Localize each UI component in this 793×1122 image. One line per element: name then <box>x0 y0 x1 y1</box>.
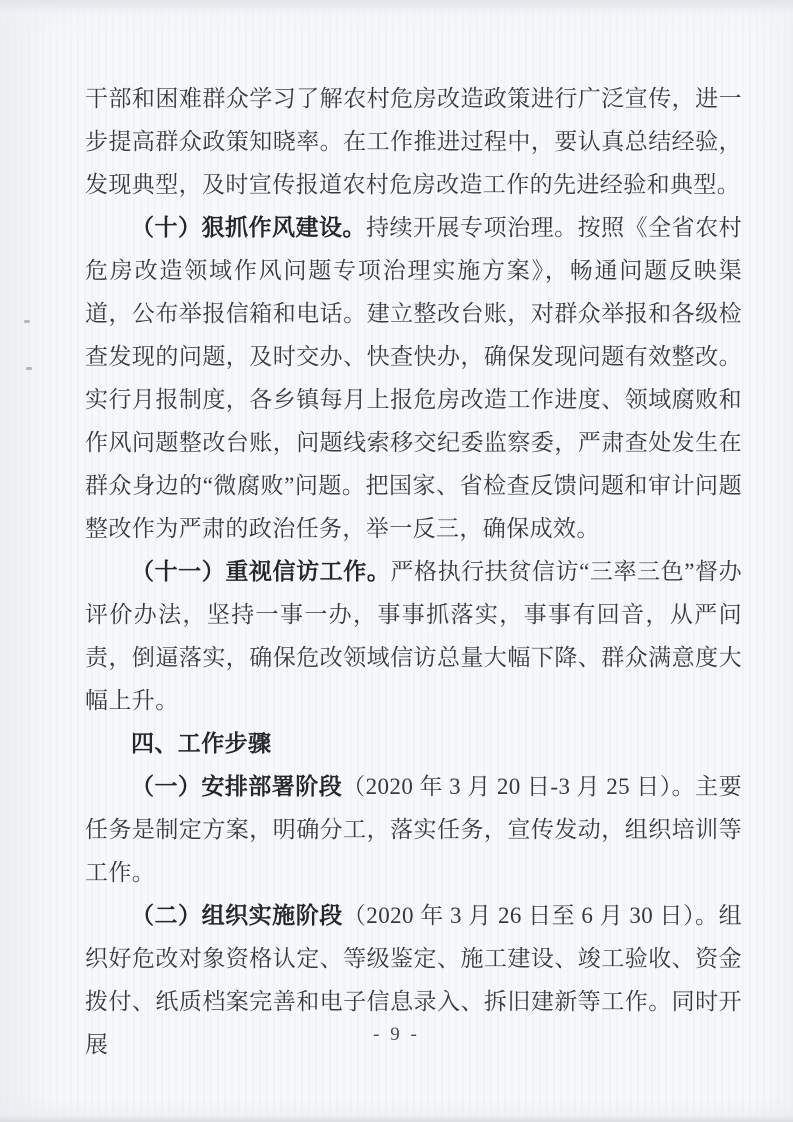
paragraph-bold-run: （十）狠抓作风建设。 <box>131 215 366 240</box>
page-number: - 9 - <box>0 1024 793 1046</box>
paragraph: （十）狠抓作风建设。持续开展专项治理。按照《全省农村危房改造领域作风问题专项治理… <box>85 206 742 550</box>
scanned-page-background: 干部和困难群众学习了解农村危房改造政策进行广泛宣传，进一步提高群众政策知晓率。在… <box>0 0 793 1122</box>
paragraph: （十一）重视信访工作。严格执行扶贫信访“三率三色”督办评价办法，坚持一事一办，事… <box>85 550 742 722</box>
paragraph-bold-run: （二）组织实施阶段 <box>131 903 343 928</box>
scan-speck <box>24 320 30 323</box>
paragraph-bold-run: （一）安排部署阶段 <box>131 774 342 799</box>
paragraph-bold-run: （十一）重视信访工作。 <box>131 559 390 584</box>
paragraph: 干部和困难群众学习了解农村危房改造政策进行广泛宣传，进一步提高群众政策知晓率。在… <box>85 77 742 206</box>
paragraph-bold-run: 四、工作步骤 <box>131 731 271 756</box>
document-body: 干部和困难群众学习了解农村危房改造政策进行广泛宣传，进一步提高群众政策知晓率。在… <box>85 77 742 1066</box>
scan-speck <box>26 367 32 370</box>
paragraph-text-run: 干部和困难群众学习了解农村危房改造政策进行广泛宣传，进一步提高群众政策知晓率。在… <box>85 86 742 197</box>
paragraph: 四、工作步骤 <box>85 722 742 765</box>
paragraph: （一）安排部署阶段（2020 年 3 月 20 日-3 月 25 日）。主要任务… <box>85 765 742 894</box>
paragraph-text-run: 持续开展专项治理。按照《全省农村危房改造领域作风问题专项治理实施方案》，畅通问题… <box>85 215 742 541</box>
